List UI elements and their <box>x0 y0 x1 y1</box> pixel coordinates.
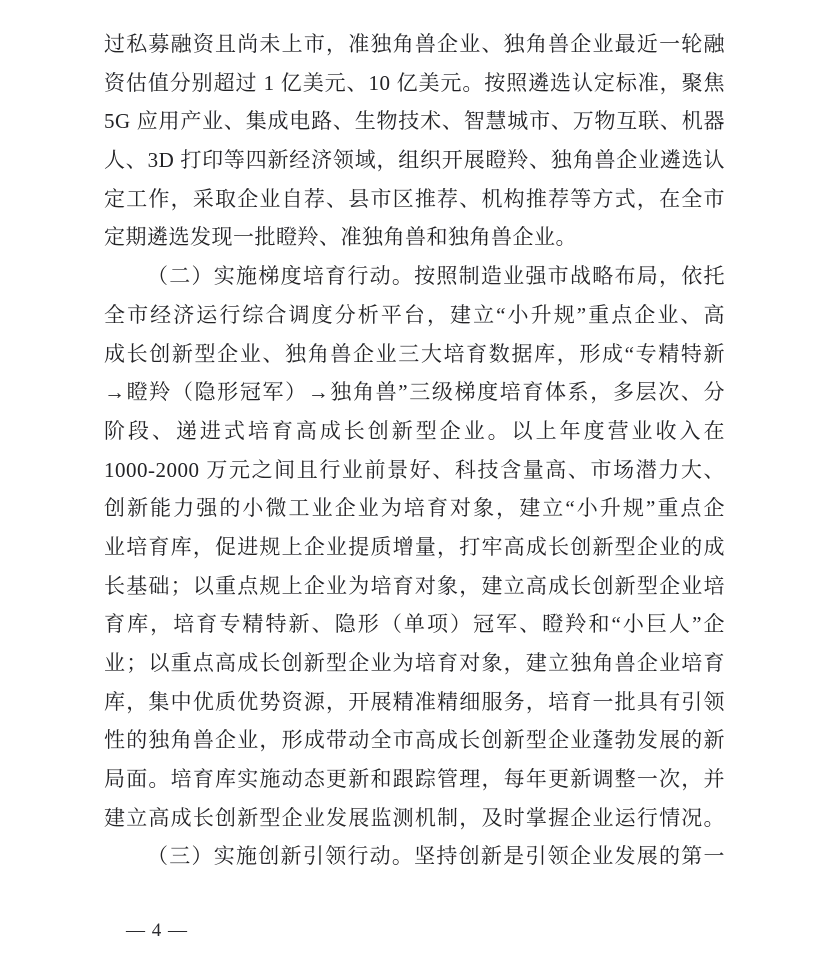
text-line: 阶段、递进式培育高成长创新型企业。以上年度营业收入在 <box>104 412 725 451</box>
text-line: 定期遴选发现一批瞪羚、准独角兽和独角兽企业。 <box>104 218 725 257</box>
text-line: 长基础；以重点规上企业为培育对象，建立高成长创新型企业培 <box>104 567 725 606</box>
text-line: →瞪羚（隐形冠军）→独角兽”三级梯度培育体系，多层次、分 <box>104 373 725 412</box>
text-line: （二）实施梯度培育行动。按照制造业强市战略布局，依托 <box>104 257 725 296</box>
text-line: 5G 应用产业、集成电路、生物技术、智慧城市、万物互联、机器 <box>104 102 725 141</box>
text-line: 局面。培育库实施动态更新和跟踪管理，每年更新调整一次，并 <box>104 760 725 799</box>
text-line: 1000-2000 万元之间且行业前景好、科技含量高、市场潜力大、 <box>104 451 725 490</box>
text-line: 创新能力强的小微工业企业为培育对象，建立“小升规”重点企 <box>104 489 725 528</box>
text-line: 成长创新型企业、独角兽企业三大培育数据库，形成“专精特新 <box>104 335 725 374</box>
text-line: 人、3D 打印等四新经济领域，组织开展瞪羚、独角兽企业遴选认 <box>104 141 725 180</box>
document-body: 过私募融资且尚未上市，准独角兽企业、独角兽企业最近一轮融资估值分别超过 1 亿美… <box>104 25 725 876</box>
text-line: （三）实施创新引领行动。坚持创新是引领企业发展的第一 <box>104 837 725 876</box>
text-line: 过私募融资且尚未上市，准独角兽企业、独角兽企业最近一轮融 <box>104 25 725 64</box>
text-line: 资估值分别超过 1 亿美元、10 亿美元。按照遴选认定标准，聚焦 <box>104 64 725 103</box>
text-line: 库，集中优质优势资源，开展精准精细服务，培育一批具有引领 <box>104 683 725 722</box>
text-line: 业；以重点高成长创新型企业为培育对象，建立独角兽企业培育 <box>104 644 725 683</box>
text-line: 建立高成长创新型企业发展监测机制，及时掌握企业运行情况。 <box>104 799 725 838</box>
text-line: 定工作，采取企业自荐、县市区推荐、机构推荐等方式，在全市 <box>104 180 725 219</box>
text-line: 育库，培育专精特新、隐形（单项）冠军、瞪羚和“小巨人”企 <box>104 605 725 644</box>
document-page: 过私募融资且尚未上市，准独角兽企业、独角兽企业最近一轮融资估值分别超过 1 亿美… <box>0 0 827 969</box>
text-line: 性的独角兽企业，形成带动全市高成长创新型企业蓬勃发展的新 <box>104 721 725 760</box>
text-line: 业培育库，促进规上企业提质增量，打牢高成长创新型企业的成 <box>104 528 725 567</box>
text-line: 全市经济运行综合调度分析平台，建立“小升规”重点企业、高 <box>104 296 725 335</box>
page-number: — 4 — <box>126 920 188 942</box>
